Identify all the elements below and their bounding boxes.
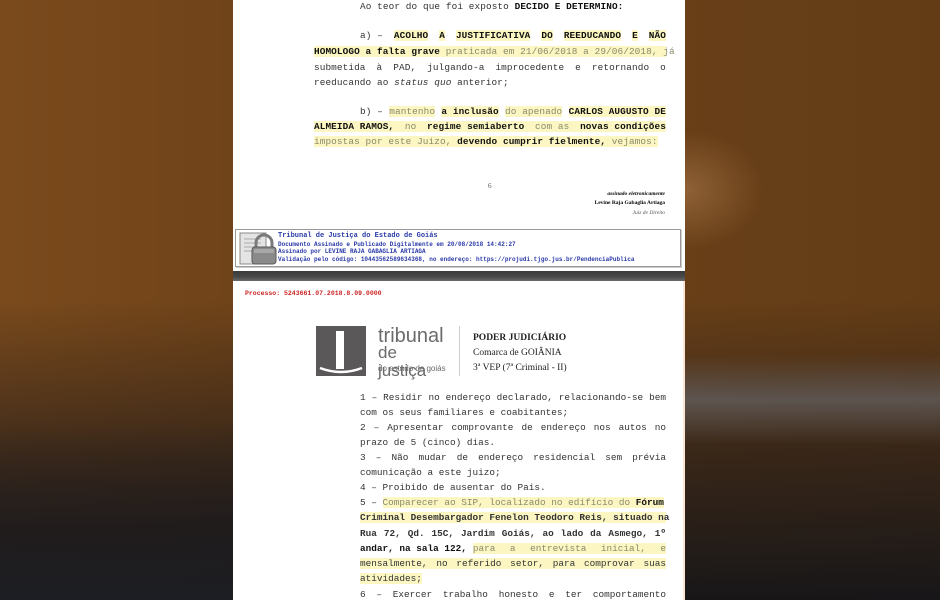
signature-name: Levine Raja Gabaglia Artiaga [595,200,665,206]
stamp-signed-by: Assinado por LEVINE RAJA GABAGLIA ARTIAG… [278,248,634,256]
logo-line-3: do estado de goiás [378,364,446,373]
stamp-published: Documento Assinado e Publicado Digitalme… [278,241,634,249]
text: julgando-a [427,62,484,73]
document-viewer[interactable]: Ao teor do que foi exposto DECIDO E DETE… [233,0,685,600]
text: CARLOS AUGUSTO DE [569,106,666,117]
stamp-court-name: Tribunal de Justiça do Estado de Goiás [278,233,634,241]
text: submetida [314,62,366,73]
background-shadow [0,420,233,600]
item-b-label: b) – [360,106,383,117]
condition-6-line-1: 6 – Exercer trabalho honesto e ter compo… [360,589,666,600]
court-line-2: Comarca de GOIÂNIA [473,346,567,361]
background-glow [685,130,765,250]
signature-electronic: assinado eletronicamente [607,191,665,197]
text: PAD, [393,62,416,73]
condition-5-line-6: atividades; [360,573,422,584]
text: devendo cumprir fielmente, [457,136,606,147]
text: Comparecer ao SIP, localizado no edifíci… [383,497,631,508]
tribunal-logo-icon [316,326,366,376]
text: o [660,62,666,73]
court-line-1: PODER JUDICIÁRIO [473,331,567,346]
item-a-line-2: HOMOLOGO a falta grave praticada em 21/0… [314,46,666,57]
text: vejamos: [612,136,658,147]
text: para a entrevista inicial, e [473,543,666,554]
process-number: Processo: 5243661.07.2018.8.09.0000 [245,290,382,297]
condition-5-line-2: Criminal Desembargador Fenelon Teodoro R… [360,512,666,523]
stamp-text: Tribunal de Justiça do Estado de Goiás D… [278,233,634,263]
text: novas condições [580,121,666,132]
text: JUSTIFICATIVA [456,30,530,41]
court-header: PODER JUDICIÁRIO Comarca de GOIÂNIA 3ª V… [473,331,567,376]
text: retornando [592,62,649,73]
text: reeducando ao [314,77,388,88]
item-b-line-2: ALMEIDA RAMOS, no regime semiaberto com … [314,121,666,132]
item-b-line-3: impostas por este Juizo, devendo cumprir… [314,136,658,147]
text: HOMOLOGO a falta grave [314,46,440,57]
text: anterior; [457,77,509,88]
condition-1-line-2: com os seus familiares e coabitantes; [360,407,568,418]
stamp-validation-link[interactable]: Validação pelo código: 10443562589634368… [278,256,634,264]
condition-1-line-1: 1 – Residir no endereço declarado, relac… [360,392,666,403]
text: regime semiaberto [427,121,524,132]
signature-title: Juiz de Direito [633,210,665,216]
condition-2-line-2: prazo de 5 (cinco) dias. [360,437,495,448]
text: ALMEIDA RAMOS, [314,121,394,132]
text: improcedente [495,62,564,73]
text: Fórum [636,497,664,508]
text: A [439,30,445,41]
text: a inclusão [441,106,498,117]
text: REEDUCANDO [564,30,621,41]
court-line-3: 3ª VEP (7ª Criminal - II) [473,361,567,376]
text: praticada em 21/06/2018 a 29/06/2018, já [446,46,675,57]
page-number: 6 [488,182,492,190]
text: E [632,30,638,41]
text: ACOLHO [394,30,428,41]
condition-2-line-1: 2 – Apresentar comprovante de endereço n… [360,422,666,433]
text: mantenho [389,106,435,117]
item-a-line-1: a) – ACOLHO A JUSTIFICATIVA DO REEDUCAND… [360,30,666,41]
digital-signature-stamp: Tribunal de Justiça do Estado de Goiás D… [235,229,681,267]
logo-line-2: de justiça [378,344,426,380]
item-a-line-3: submetida à PAD, julgando-a improcedente… [314,62,666,73]
condition-5-line-4: andar, na sala 122, para a entrevista in… [360,543,666,554]
item-a-line-4: reeducando ao status quo anterior; [314,77,509,88]
header-divider [459,326,460,376]
intro-paragraph: Ao teor do que foi exposto DECIDO E DETE… [360,1,623,12]
text: com as [535,121,569,132]
text: e [575,62,581,73]
text: no [405,121,416,132]
item-a-label: a) – [360,30,383,41]
condition-5-line-5: mensalmente, no referido setor, para com… [360,558,666,569]
condition-5-line-1: 5 – Comparecer ao SIP, localizado no edi… [360,497,664,508]
condition-3-line-1: 3 – Não mudar de endereço residencial se… [360,452,666,463]
padlock-document-icon [239,232,277,265]
condition-3-line-2: comunicação a este juizo; [360,467,501,478]
text: DO [541,30,552,41]
document-page-6: Ao teor do que foi exposto DECIDO E DETE… [233,0,685,272]
background-streak [685,355,940,445]
text: 5 – [360,497,377,508]
text: do apenado [505,106,562,117]
condition-5-line-3: Rua 72, Qd. 15C, Jardim Goiás, ao lado d… [360,528,666,539]
text: impostas por este Juizo, [314,136,451,147]
intro-text: Ao teor do que foi exposto [360,1,509,12]
text: à [377,62,383,73]
condition-4-line-1: 4 – Proibido de ausentar do Pais. [360,482,546,493]
page-separator [233,271,685,281]
text: status quo [394,77,451,88]
text: andar, na sala 122, [360,543,467,554]
item-b-line-1: b) – mantenho a inclusão do apenado CARL… [360,106,666,117]
text: NÃO [649,30,666,41]
intro-bold: DECIDO E DETERMINO: [515,1,624,12]
